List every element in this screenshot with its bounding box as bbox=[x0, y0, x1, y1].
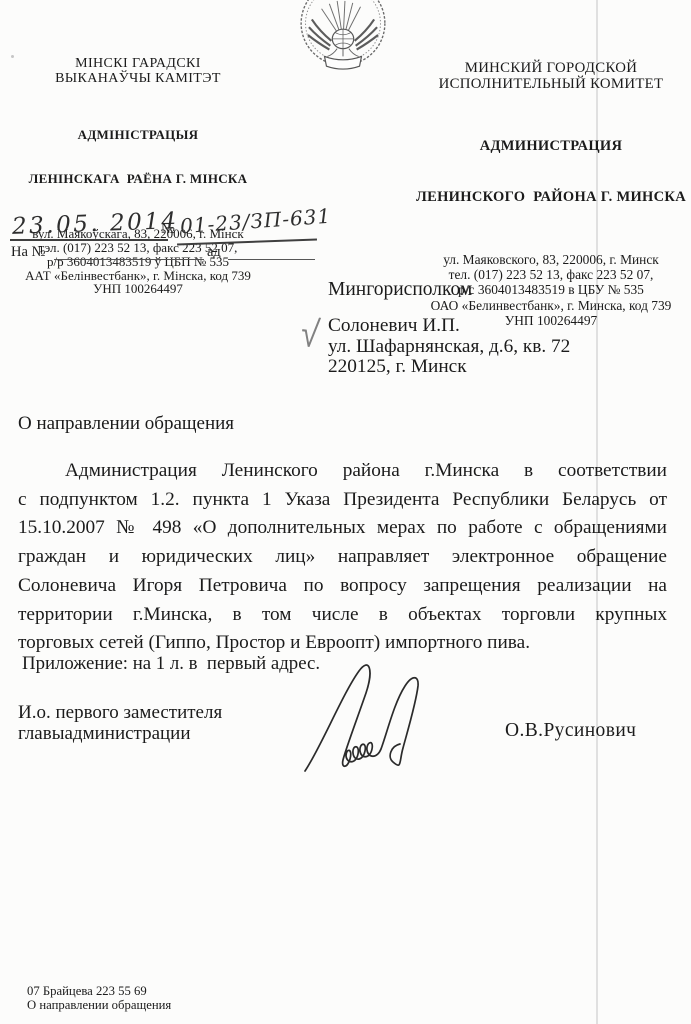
letter-body: Администрация Ленинского района г.Минска… bbox=[18, 457, 667, 658]
body-line: Администрация Ленинского района г.Минска… bbox=[18, 457, 667, 486]
reply-date-blank bbox=[228, 259, 315, 260]
checkmark-annotation: √ bbox=[298, 310, 321, 357]
letter-page: МІНСКІ ГАРАДСКІ ВЫКАНАЎЧЫ КАМІТЭТ АДМІНІ… bbox=[0, 0, 691, 1024]
recipient-city: 220125, г. Минск bbox=[328, 357, 570, 378]
recipient-address-block: Солоневич И.П. ул. Шафарнянская, д.6, кв… bbox=[328, 316, 570, 378]
signer-name: О.В.Русинович bbox=[505, 720, 636, 742]
reply-to-number-label: На № bbox=[11, 244, 45, 261]
committee-name-be-line1: МІНСКІ ГАРАДСКІ bbox=[7, 56, 269, 71]
recipient-organization: Мингорисполком bbox=[328, 279, 472, 301]
body-line: с подпунктом 1.2. пункта 1 Указа Президе… bbox=[18, 486, 667, 515]
administration-name-be-line2: ЛЕНІНСКАГА РАЁНА Г. МІНСКА bbox=[7, 172, 269, 187]
recipient-street: ул. Шафарнянская, д.6, кв. 72 bbox=[328, 337, 570, 358]
reply-from-date-label: ад bbox=[207, 244, 221, 261]
committee-name-ru-line2: ИСПОЛНИТЕЛЬНЫЙ КОМИТЕТ bbox=[413, 77, 689, 93]
signature-ink bbox=[294, 659, 448, 779]
footer-block: 07 Брайцева 223 55 69 О направлении обра… bbox=[27, 985, 171, 1013]
body-line: территории г.Минска, в том числе в объек… bbox=[18, 601, 667, 630]
committee-name-ru-line1: МИНСКИЙ ГОРОДСКОЙ bbox=[413, 61, 689, 77]
address-ru-line: ул. Маяковского, 83, 220006, г. Минск bbox=[413, 252, 689, 267]
body-line: граждан и юридических лиц» направляет эл… bbox=[18, 543, 667, 572]
number-sign-label: № bbox=[161, 221, 175, 238]
address-be-line: тэл. (017) 223 52 13, факс 223 52 07, bbox=[7, 241, 269, 255]
address-be-line: р/р 3604013483519 ў ЦБП № 535 bbox=[7, 255, 269, 269]
footer-subject-line: О направлении обращения bbox=[27, 999, 171, 1013]
signer-position-line1: И.о. первого заместителя bbox=[18, 702, 222, 724]
address-be-line: ААТ «Белінвестбанк», г. Мінска, код 739 bbox=[7, 269, 269, 283]
recipient-name: Солоневич И.П. bbox=[328, 316, 570, 337]
belarus-coat-of-arms-icon bbox=[297, 0, 389, 72]
body-line: Солоневича Игоря Петровича по вопросу за… bbox=[18, 572, 667, 601]
committee-name-be-line2: ВЫКАНАЎЧЫ КАМІТЭТ bbox=[7, 71, 269, 86]
body-line: 15.10.2007 № 498 «О дополнительных мерах… bbox=[18, 514, 667, 543]
administration-name-ru-line1: АДМИНИСТРАЦИЯ bbox=[413, 138, 689, 155]
administration-name-ru-line2: ЛЕНИНСКОГО РАЙОНА Г. МИНСКА bbox=[413, 189, 689, 206]
executor-line: 07 Брайцева 223 55 69 bbox=[27, 985, 171, 999]
letter-subject: О направлении обращения bbox=[18, 413, 234, 435]
reply-number-blank bbox=[54, 259, 204, 260]
signer-position-word: главы bbox=[18, 723, 64, 745]
signer-position-word: администрации bbox=[64, 723, 190, 745]
attachment-note: Приложение: на 1 л. в первый адрес. bbox=[22, 653, 320, 675]
administration-name-be-line1: АДМІНІСТРАЦЫЯ bbox=[7, 128, 269, 143]
signer-position-line2: главы администрации bbox=[18, 723, 168, 745]
address-be-line: УНП 100264497 bbox=[7, 282, 269, 296]
date-underline bbox=[10, 239, 168, 241]
